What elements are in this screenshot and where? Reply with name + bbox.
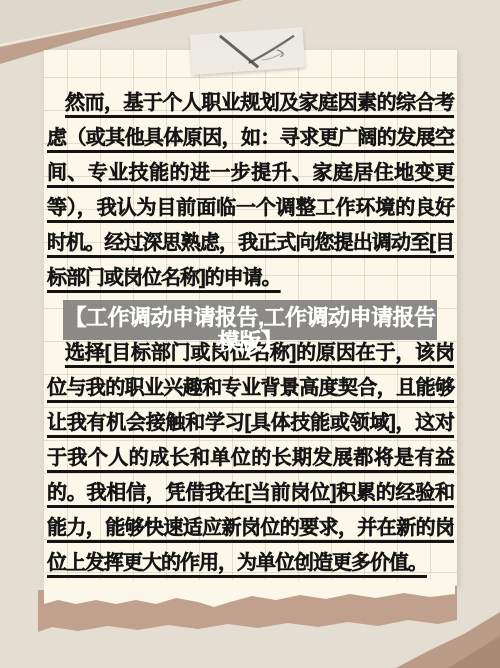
tape-scribble-icon — [190, 27, 306, 75]
title-banner: 【工作调动申请报告,工作调动申请报告模版】 — [63, 300, 437, 340]
tape-decoration — [190, 27, 306, 75]
banner-title-text: 【工作调动申请报告,工作调动申请报告模版】 — [63, 306, 437, 353]
torn-paper-bottom-decoration — [38, 580, 460, 638]
paragraph-target-position: 选择[目标部门或岗位名称]的原因在于，该岗位与我的职业兴趣和专业背景高度契合，且… — [47, 336, 454, 581]
paragraph-transfer-reason: 然而，基于个人职业规划及家庭因素的综合考虑（或其他具体原因，如：寻求更广阔的发展… — [47, 86, 454, 296]
